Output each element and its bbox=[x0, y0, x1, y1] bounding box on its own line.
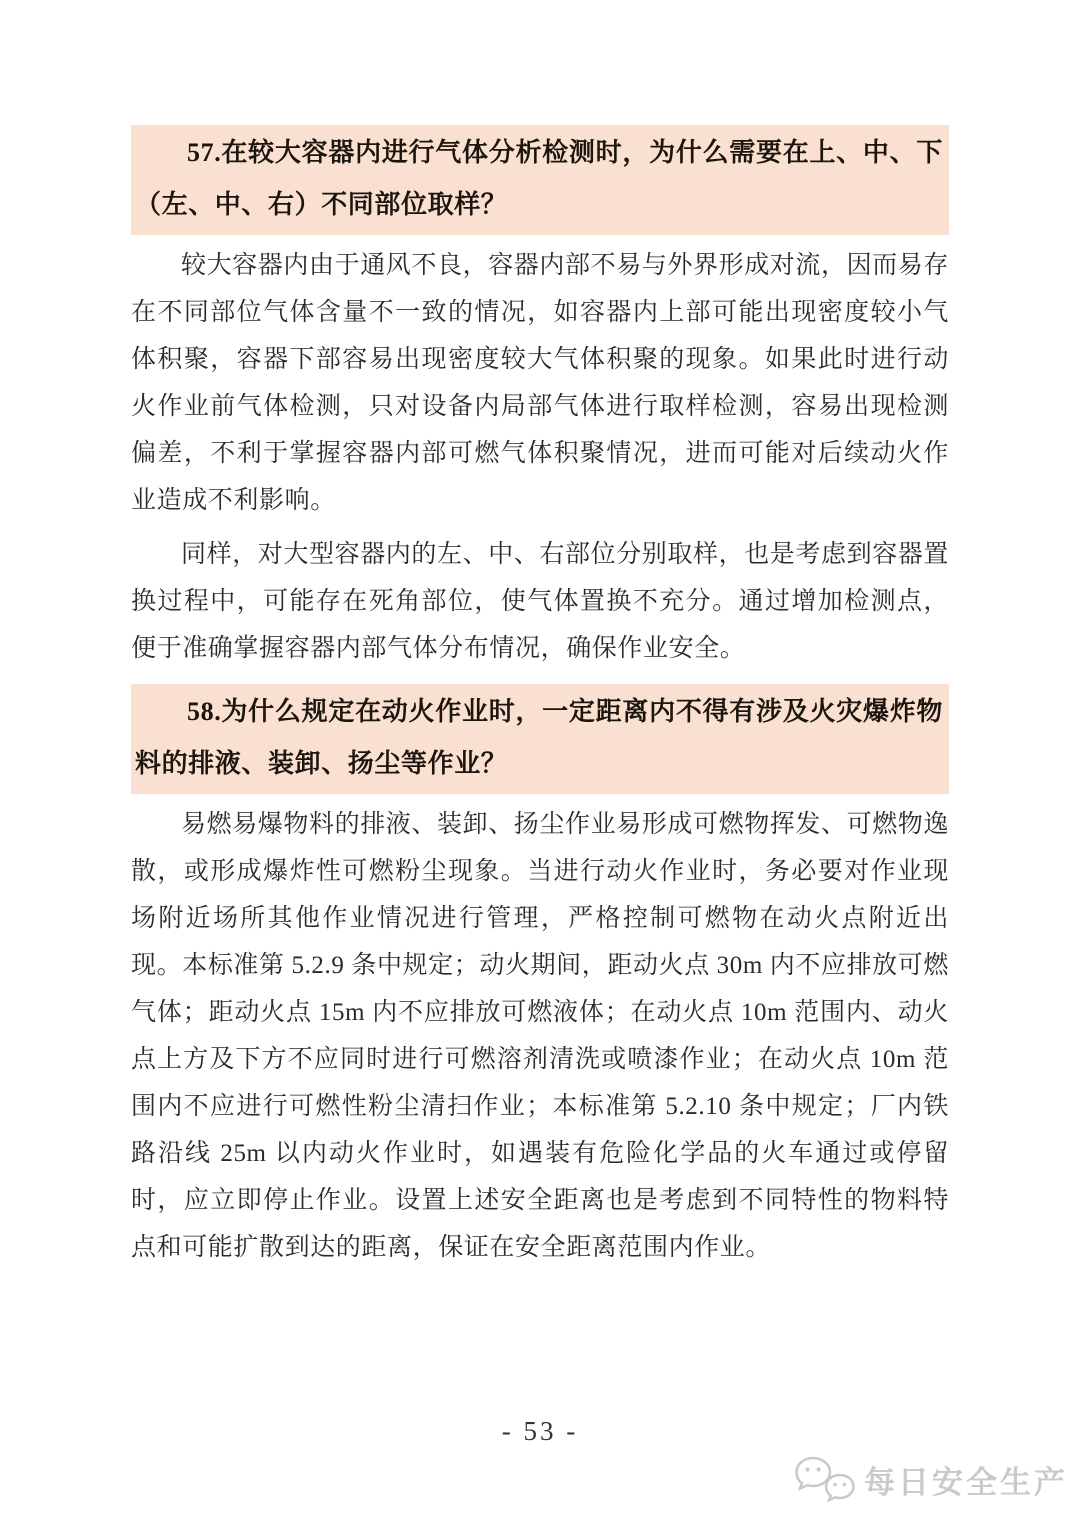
question-57-answer-paragraph-2: 同样，对大型容器内的左、中、右部位分别取样，也是考虑到容器置换过程中，可能存在死… bbox=[131, 531, 949, 672]
question-58-answer-paragraph-1: 易燃易爆物料的排液、装卸、扬尘作业易形成可燃物挥发、可燃物逸散，或形成爆炸性可燃… bbox=[131, 801, 949, 1271]
wechat-icon bbox=[794, 1455, 856, 1503]
question-57-heading: 57.在较大容器内进行气体分析检测时，为什么需要在上、中、下（左、中、右）不同部… bbox=[131, 125, 949, 235]
document-content: 57.在较大容器内进行气体分析检测时，为什么需要在上、中、下（左、中、右）不同部… bbox=[131, 125, 949, 1271]
question-57-answer-paragraph-1: 较大容器内由于通风不良，容器内部不易与外界形成对流，因而易存在不同部位气体含量不… bbox=[131, 242, 949, 524]
page-number: - 53 - bbox=[0, 1416, 1080, 1447]
watermark: 每日安全生产 bbox=[794, 1455, 1068, 1503]
question-58-heading: 58.为什么规定在动火作业时，一定距离内不得有涉及火灾爆炸物料的排液、装卸、扬尘… bbox=[131, 684, 949, 794]
watermark-label: 每日安全生产 bbox=[864, 1457, 1068, 1502]
document-page: 57.在较大容器内进行气体分析检测时，为什么需要在上、中、下（左、中、右）不同部… bbox=[0, 0, 1080, 1528]
